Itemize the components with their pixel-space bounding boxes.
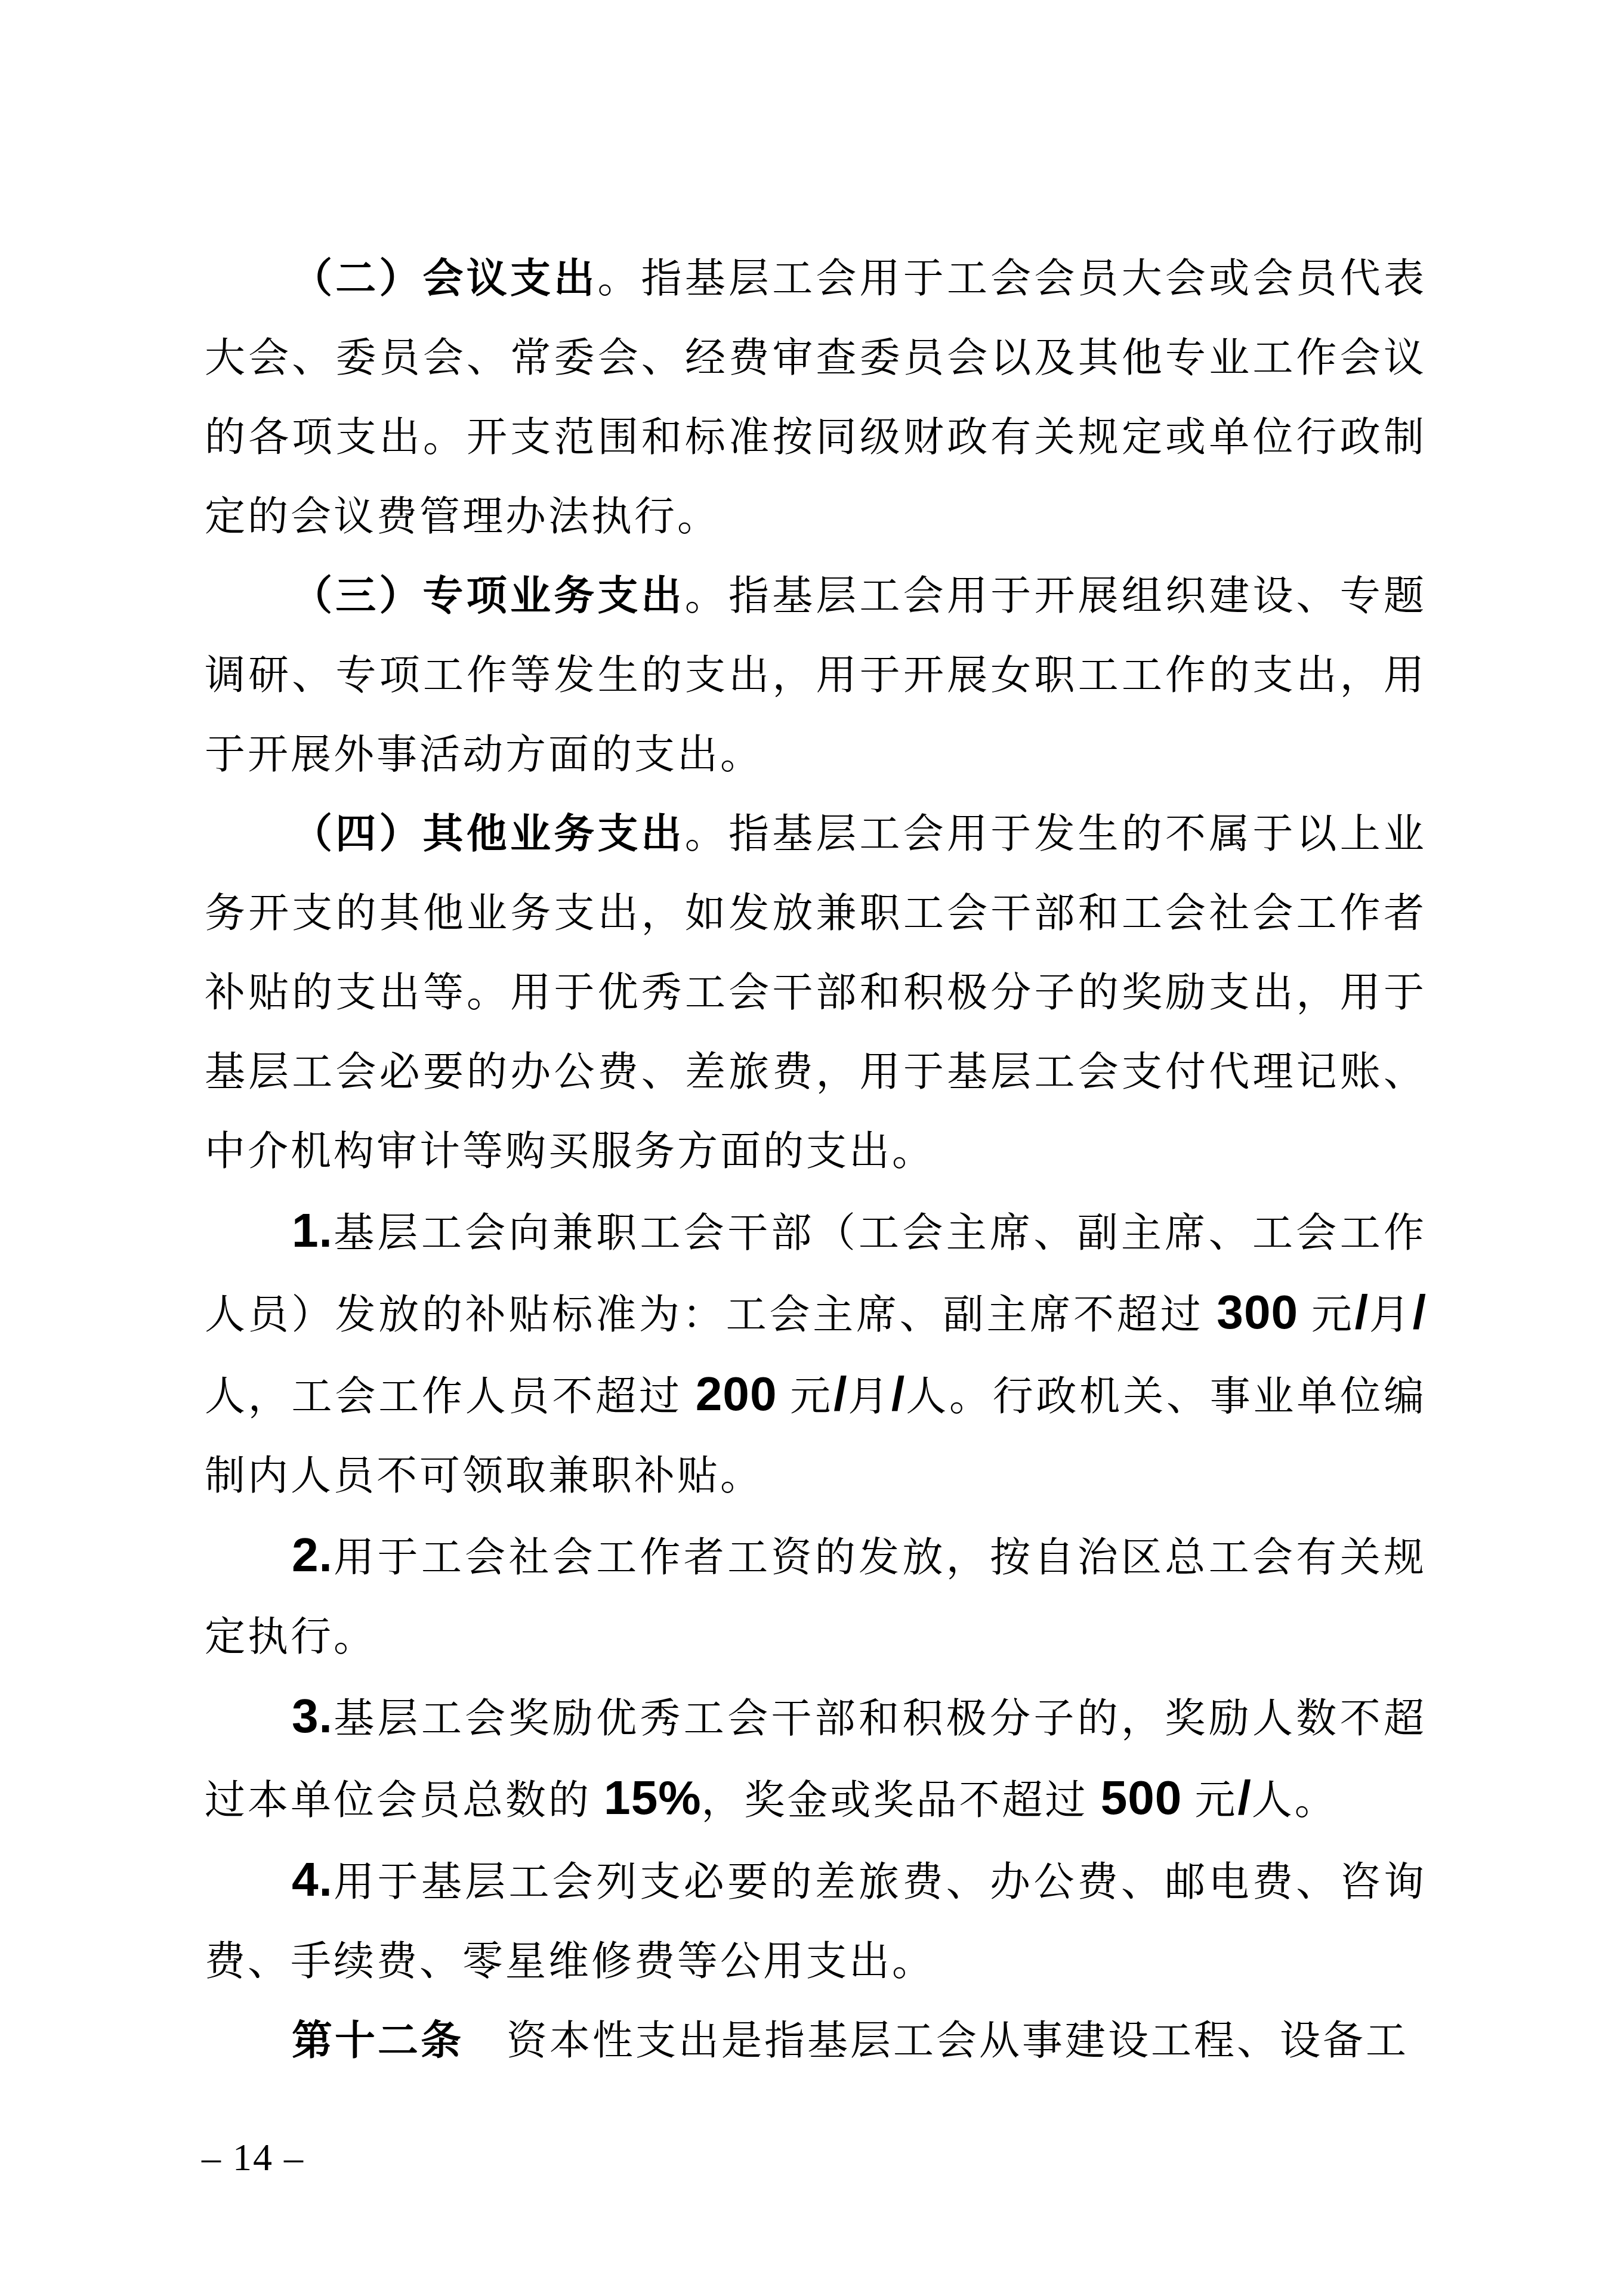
paragraph-other-business-expense: （四）其他业务支出。指基层工会用于发生的不属于以上业务开支的其他业务支出，如发放… (205, 795, 1427, 1191)
paragraph-meeting-expense: （二）会议支出。指基层工会用于工会会员大会或会员代表大会、委员会、常委会、经费审… (205, 239, 1427, 557)
bold-lead-text: 第十二条 (292, 2018, 464, 2063)
numeric-text: 500 (1101, 1771, 1183, 1825)
numeric-text: 15% (604, 1771, 702, 1825)
document-page: （二）会议支出。指基层工会用于工会会员大会或会员代表大会、委员会、常委会、经费审… (0, 0, 1624, 2296)
body-text: 用于工会社会工作者工资的发放，按自治区总工会有关规定执行。 (205, 1535, 1427, 1660)
body-text: 月 (847, 1374, 891, 1419)
numeric-text: / (833, 1367, 847, 1421)
body-text: ，奖金或奖品不超过 (702, 1778, 1101, 1823)
numeric-text: / (1413, 1285, 1427, 1339)
numeric-text: 3. (292, 1689, 333, 1743)
body-text: 元 (777, 1374, 834, 1419)
paragraph-special-business-expense: （三）专项业务支出。指基层工会用于开展组织建设、专题调研、专项工作等发生的支出，… (205, 557, 1427, 795)
paragraph-item-4: 4.用于基层工会列支必要的差旅费、办公费、邮电费、咨询费、手续费、零星维修费等公… (205, 1840, 1427, 2001)
body-text: 人。 (1252, 1778, 1338, 1823)
numeric-text: 200 (696, 1367, 777, 1421)
paragraph-item-3: 3.基层工会奖励优秀工会干部和积极分子的，奖励人数不超过本单位会员总数的 15%… (205, 1677, 1427, 1840)
body-text: 。指基层工会用于发生的不属于以上业务开支的其他业务支出，如发放兼职工会干部和工会… (205, 811, 1427, 1174)
body-text: 月 (1369, 1292, 1413, 1337)
bold-lead-text: （二）会议支出 (292, 256, 597, 301)
numeric-text: 1. (292, 1204, 333, 1257)
numeric-text: 2. (292, 1528, 333, 1582)
body-text: 人，工会工作人员不超过 (205, 1374, 696, 1419)
numeric-text: / (1355, 1285, 1369, 1339)
document-body-text: （二）会议支出。指基层工会用于工会会员大会或会员代表大会、委员会、常委会、经费审… (205, 239, 1427, 2081)
bold-lead-text: （三）专项业务支出 (292, 573, 685, 619)
page-number: – 14 – (202, 2139, 304, 2177)
body-text: 用于基层工会列支必要的差旅费、办公费、邮电费、咨询费、手续费、零星维修费等公用支… (205, 1859, 1427, 1984)
numeric-text: 300 (1217, 1285, 1298, 1339)
body-text: 元 (1298, 1292, 1355, 1337)
paragraph-item-1: 1.基层工会向兼职工会干部（工会主席、副主席、工会工作人员）发放的补贴标准为：工… (205, 1191, 1427, 1516)
paragraph-item-2: 2.用于工会社会工作者工资的发放，按自治区总工会有关规定执行。 (205, 1516, 1427, 1677)
bold-lead-text: （四）其他业务支出 (292, 811, 685, 857)
body-text: 元 (1183, 1778, 1238, 1823)
numeric-text: / (1238, 1771, 1252, 1825)
numeric-text: / (891, 1367, 905, 1421)
body-text: 资本性支出是指基层工会从事建设工程、设备工 (464, 2018, 1409, 2063)
paragraph-article-12: 第十二条 资本性支出是指基层工会从事建设工程、设备工 (205, 2001, 1427, 2081)
numeric-text: 4. (292, 1853, 333, 1906)
